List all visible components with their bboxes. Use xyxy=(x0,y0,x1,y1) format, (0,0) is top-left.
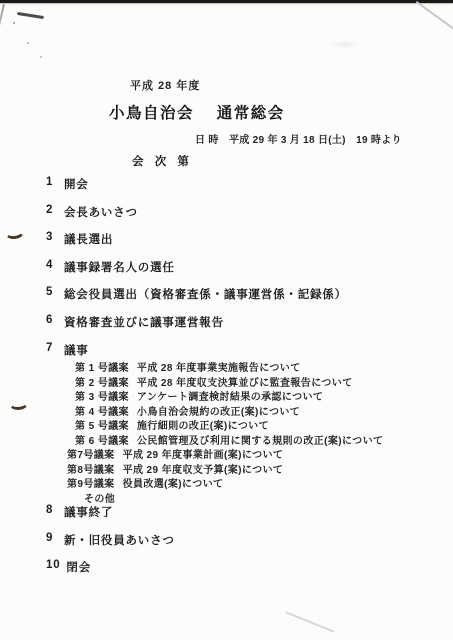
proposal-other: その他 xyxy=(84,490,453,505)
proposal-8: 第8号議案 平成 29 年度収支予算(案)について xyxy=(67,461,453,476)
scan-top-edge-band xyxy=(0,0,453,3)
proposal-text: 役員改選(案)について xyxy=(123,475,224,490)
agenda-item-label: 会長あいさつ xyxy=(64,204,138,220)
agenda-item-label: 議事録署名人の選任 xyxy=(64,259,175,275)
proposal-5: 第 5 号議案 施行細則の改正(案)について xyxy=(75,417,453,432)
agenda-item-10: 10 閉会 xyxy=(46,559,91,575)
proposal-label: 第7号議案 xyxy=(67,446,115,461)
agenda-item-number: 9 xyxy=(46,532,58,544)
pen-mark xyxy=(17,12,44,19)
proposal-label: 第 4 号議案 xyxy=(75,403,129,418)
meeting-datetime: 日 時 平成 29 年 3 月 18 日(土) 19 時より xyxy=(195,131,402,146)
proposal-text: 平成 28 年度収支決算並びに監査報告について xyxy=(137,374,353,389)
proposal-text: 小鳥自治会規約の改正(案)について xyxy=(137,403,300,418)
agenda-item-2: 2 会長あいさつ xyxy=(46,204,138,220)
fiscal-year: 平成 28 年度 xyxy=(130,77,200,93)
agenda-item-label: 新・旧役員あいさつ xyxy=(64,532,175,548)
proposal-6: 第 6 号議案 公民館管理及び利用に関する規則の改正(案)について xyxy=(75,432,453,447)
document-title: 小鳥自治会 通常総会 xyxy=(109,101,285,123)
agenda-item-number: 10 xyxy=(46,559,60,571)
agenda-item-6: 6 資格審査並びに議事運営報告 xyxy=(46,314,224,330)
proposal-text: 公民館管理及び利用に関する規則の改正(案)について xyxy=(137,432,383,447)
agenda-item-4: 4 議事録署名人の選任 xyxy=(46,259,175,275)
agenda-item-label: 総会役員選出（資格審査係・議事運営係・記録係） xyxy=(64,286,347,302)
proposal-1: 第 1 号議案 平成 28 年度事業実施報告について xyxy=(75,359,453,374)
scan-speck xyxy=(13,22,15,24)
agenda-item-3: 3 議長選出 xyxy=(46,231,113,247)
page-edge-line xyxy=(0,4,4,55)
proposal-9: 第9号議案 役員改選(案)について xyxy=(67,475,453,490)
proposal-label: 第8号議案 xyxy=(67,461,115,476)
agenda-item-number: 6 xyxy=(46,314,58,326)
scan-line-artifact xyxy=(286,611,335,632)
proposal-label: 第 1 号議案 xyxy=(75,359,129,374)
agenda-item-number: 3 xyxy=(46,231,58,243)
scanned-document-page: 平成 28 年度 小鳥自治会 通常総会 日 時 平成 29 年 3 月 18 日… xyxy=(0,0,453,640)
agenda-heading: 会 次 第 xyxy=(132,153,193,169)
scan-speck xyxy=(40,56,42,58)
agenda-item-9: 9 新・旧役員あいさつ xyxy=(46,532,175,548)
agenda-item-number: 4 xyxy=(46,259,58,271)
agenda-item-5: 5 総会役員選出（資格審査係・議事運営係・記録係） xyxy=(46,286,347,302)
proposal-text: アンケート調査検討結果の承認について xyxy=(137,388,323,403)
proposal-text: 平成 29 年度収支予算(案)について xyxy=(123,461,284,476)
scan-speck xyxy=(27,42,29,44)
proposal-text: 施行細則の改正(案)について xyxy=(137,417,269,432)
agenda-item-8: 8 議事終了 xyxy=(46,504,113,520)
punch-hole-shadow-1 xyxy=(4,225,24,240)
proposal-7: 第7号議案 平成 29 年度事業計画(案)について xyxy=(67,446,453,461)
agenda-item-number: 1 xyxy=(46,176,58,188)
agenda-item-label: 議事終了 xyxy=(64,504,113,520)
agenda-item-number: 7 xyxy=(46,342,58,354)
proposal-3: 第 3 号議案 アンケート調査検討結果の承認について xyxy=(75,388,453,403)
agenda-item-1: 1 開会 xyxy=(46,176,89,192)
agenda-item-number: 5 xyxy=(46,286,58,298)
page-corner-crease xyxy=(416,1,453,32)
proposal-label: 第 5 号議案 xyxy=(75,417,129,432)
proposal-text: 平成 29 年度事業計画(案)について xyxy=(123,446,284,461)
proposal-list: 第 1 号議案 平成 28 年度事業実施報告について 第 2 号議案 平成 28… xyxy=(0,359,453,504)
agenda-item-number: 2 xyxy=(46,204,58,216)
proposal-2: 第 2 号議案 平成 28 年度収支決算並びに監査報告について xyxy=(75,374,453,389)
agenda-item-7: 7 議事 xyxy=(46,342,89,358)
proposal-4: 第 4 号議案 小鳥自治会規約の改正(案)について xyxy=(75,403,453,418)
proposal-label: 第9号議案 xyxy=(67,475,115,490)
agenda-item-label: 閉会 xyxy=(66,559,91,575)
proposal-label: 第 3 号議案 xyxy=(75,388,129,403)
agenda-item-label: 議事 xyxy=(64,342,89,358)
scan-smudge xyxy=(328,40,362,49)
agenda-item-label: 開会 xyxy=(64,176,89,192)
agenda-item-label: 議長選出 xyxy=(64,231,113,247)
proposal-label: 第 6 号議案 xyxy=(75,432,129,447)
proposal-label: 第 2 号議案 xyxy=(75,374,129,389)
proposal-text: 平成 28 年度事業実施報告について xyxy=(137,359,301,374)
proposal-label: その他 xyxy=(84,490,115,505)
agenda-item-number: 8 xyxy=(46,504,58,516)
agenda-item-label: 資格審査並びに議事運営報告 xyxy=(64,314,224,330)
